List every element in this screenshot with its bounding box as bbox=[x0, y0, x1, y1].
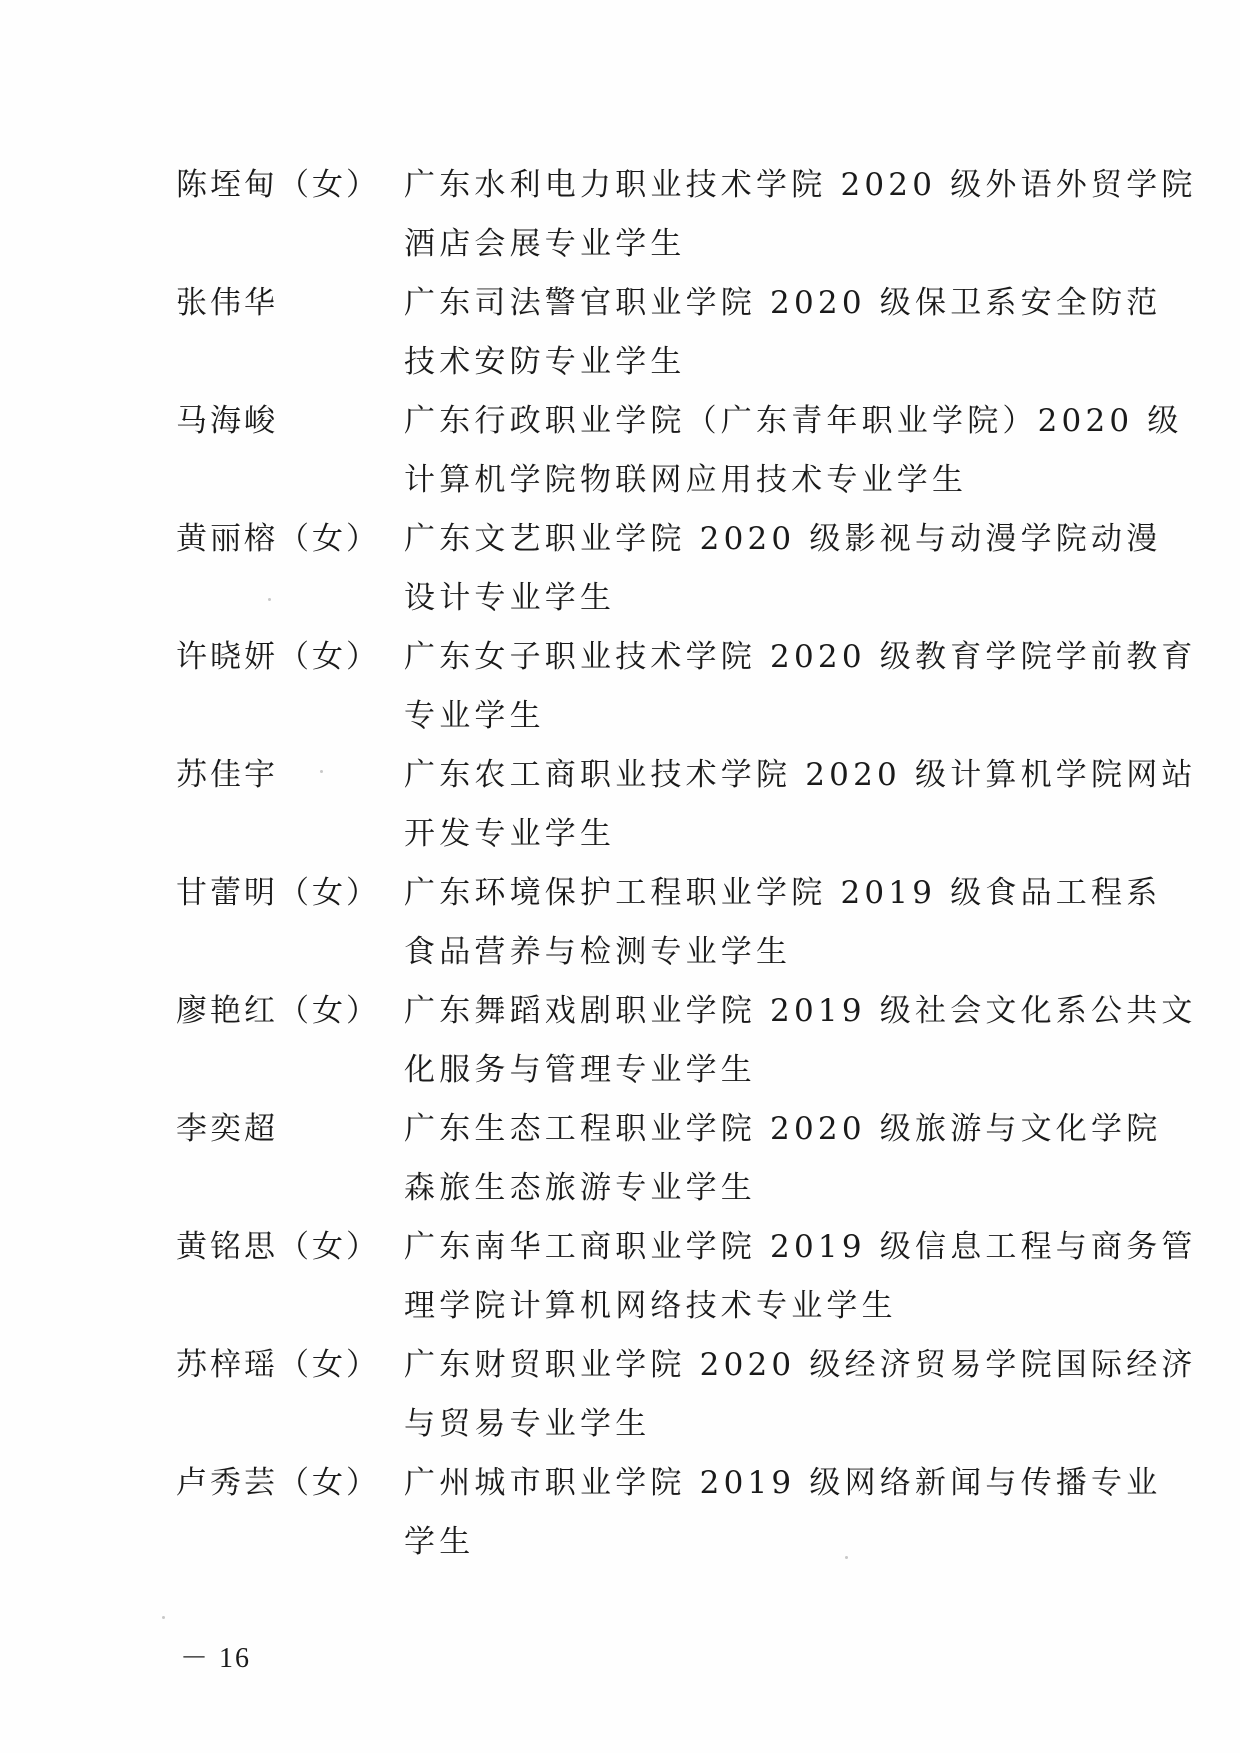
student-name: 黄丽榕（女） bbox=[176, 510, 404, 569]
student-description: 广东司法警官职业学院 2020 级保卫系安全防范 技术安防专业学生 bbox=[404, 274, 1161, 392]
list-item: 廖艳红（女） 广东舞蹈戏剧职业学院 2019 级社会文化系公共文 化服务与管理专… bbox=[176, 982, 1136, 1100]
description-line: 设计专业学生 bbox=[404, 569, 1161, 628]
description-line: 技术安防专业学生 bbox=[404, 333, 1161, 392]
list-item: 苏佳宇 广东农工商职业技术学院 2020 级计算机学院网站 开发专业学生 bbox=[176, 746, 1136, 864]
description-line: 广东司法警官职业学院 2020 级保卫系安全防范 bbox=[404, 274, 1161, 333]
list-item: 黄丽榕（女） 广东文艺职业学院 2020 级影视与动漫学院动漫 设计专业学生 bbox=[176, 510, 1136, 628]
description-line: 开发专业学生 bbox=[404, 805, 1197, 864]
description-line: 广东农工商职业技术学院 2020 级计算机学院网站 bbox=[404, 746, 1197, 805]
page-number: － 16 bbox=[180, 1636, 251, 1676]
list-item: 许晓妍（女） 广东女子职业技术学院 2020 级教育学院学前教育 专业学生 bbox=[176, 628, 1136, 746]
description-line: 广州城市职业学院 2019 级网络新闻与传播专业 bbox=[404, 1454, 1161, 1513]
description-line: 广东水利电力职业技术学院 2020 级外语外贸学院 bbox=[404, 156, 1197, 215]
description-line: 广东南华工商职业学院 2019 级信息工程与商务管 bbox=[404, 1218, 1197, 1277]
student-description: 广东水利电力职业技术学院 2020 级外语外贸学院 酒店会展专业学生 bbox=[404, 156, 1197, 274]
description-line: 广东文艺职业学院 2020 级影视与动漫学院动漫 bbox=[404, 510, 1161, 569]
description-line: 计算机学院物联网应用技术专业学生 bbox=[404, 451, 1183, 510]
description-line: 酒店会展专业学生 bbox=[404, 215, 1197, 274]
scan-speck bbox=[162, 1616, 165, 1619]
student-name: 李奕超 bbox=[176, 1100, 404, 1159]
description-line: 理学院计算机网络技术专业学生 bbox=[404, 1277, 1197, 1336]
student-description: 广东女子职业技术学院 2020 级教育学院学前教育 专业学生 bbox=[404, 628, 1197, 746]
student-description: 广东舞蹈戏剧职业学院 2019 级社会文化系公共文 化服务与管理专业学生 bbox=[404, 982, 1197, 1100]
list-item: 马海峻 广东行政职业学院（广东青年职业学院）2020 级 计算机学院物联网应用技… bbox=[176, 392, 1136, 510]
student-description: 广东农工商职业技术学院 2020 级计算机学院网站 开发专业学生 bbox=[404, 746, 1197, 864]
scan-speck bbox=[845, 1556, 848, 1559]
student-description: 广东行政职业学院（广东青年职业学院）2020 级 计算机学院物联网应用技术专业学… bbox=[404, 392, 1183, 510]
student-description: 广州城市职业学院 2019 级网络新闻与传播专业 学生 bbox=[404, 1454, 1161, 1572]
list-item: 黄铭思（女） 广东南华工商职业学院 2019 级信息工程与商务管 理学院计算机网… bbox=[176, 1218, 1136, 1336]
description-line: 化服务与管理专业学生 bbox=[404, 1041, 1197, 1100]
description-line: 广东舞蹈戏剧职业学院 2019 级社会文化系公共文 bbox=[404, 982, 1197, 1041]
description-line: 广东生态工程职业学院 2020 级旅游与文化学院 bbox=[404, 1100, 1161, 1159]
list-item: 苏梓瑶（女） 广东财贸职业学院 2020 级经济贸易学院国际经济 与贸易专业学生 bbox=[176, 1336, 1136, 1454]
list-item: 陈垤甸（女） 广东水利电力职业技术学院 2020 级外语外贸学院 酒店会展专业学… bbox=[176, 156, 1136, 274]
description-line: 食品营养与检测专业学生 bbox=[404, 923, 1161, 982]
student-description: 广东环境保护工程职业学院 2019 级食品工程系 食品营养与检测专业学生 bbox=[404, 864, 1161, 982]
scan-speck bbox=[320, 770, 323, 773]
student-name: 苏佳宇 bbox=[176, 746, 404, 805]
description-line: 与贸易专业学生 bbox=[404, 1395, 1197, 1454]
student-list: 陈垤甸（女） 广东水利电力职业技术学院 2020 级外语外贸学院 酒店会展专业学… bbox=[176, 156, 1136, 1572]
list-item: 甘蕾明（女） 广东环境保护工程职业学院 2019 级食品工程系 食品营养与检测专… bbox=[176, 864, 1136, 982]
student-name: 陈垤甸（女） bbox=[176, 156, 404, 215]
student-name: 廖艳红（女） bbox=[176, 982, 404, 1041]
student-name: 黄铭思（女） bbox=[176, 1218, 404, 1277]
list-item: 卢秀芸（女） 广州城市职业学院 2019 级网络新闻与传播专业 学生 bbox=[176, 1454, 1136, 1572]
description-line: 广东行政职业学院（广东青年职业学院）2020 级 bbox=[404, 392, 1183, 451]
student-name: 卢秀芸（女） bbox=[176, 1454, 404, 1513]
list-item: 李奕超 广东生态工程职业学院 2020 级旅游与文化学院 森旅生态旅游专业学生 bbox=[176, 1100, 1136, 1218]
scan-speck bbox=[268, 598, 271, 601]
description-line: 广东环境保护工程职业学院 2019 级食品工程系 bbox=[404, 864, 1161, 923]
student-name: 苏梓瑶（女） bbox=[176, 1336, 404, 1395]
student-description: 广东文艺职业学院 2020 级影视与动漫学院动漫 设计专业学生 bbox=[404, 510, 1161, 628]
list-item: 张伟华 广东司法警官职业学院 2020 级保卫系安全防范 技术安防专业学生 bbox=[176, 274, 1136, 392]
description-line: 学生 bbox=[404, 1513, 1161, 1572]
student-description: 广东南华工商职业学院 2019 级信息工程与商务管 理学院计算机网络技术专业学生 bbox=[404, 1218, 1197, 1336]
description-line: 森旅生态旅游专业学生 bbox=[404, 1159, 1161, 1218]
student-name: 张伟华 bbox=[176, 274, 404, 333]
document-page: 陈垤甸（女） 广东水利电力职业技术学院 2020 级外语外贸学院 酒店会展专业学… bbox=[0, 0, 1240, 1753]
student-description: 广东财贸职业学院 2020 级经济贸易学院国际经济 与贸易专业学生 bbox=[404, 1336, 1197, 1454]
student-name: 甘蕾明（女） bbox=[176, 864, 404, 923]
description-line: 广东女子职业技术学院 2020 级教育学院学前教育 bbox=[404, 628, 1197, 687]
student-name: 许晓妍（女） bbox=[176, 628, 404, 687]
student-description: 广东生态工程职业学院 2020 级旅游与文化学院 森旅生态旅游专业学生 bbox=[404, 1100, 1161, 1218]
description-line: 专业学生 bbox=[404, 687, 1197, 746]
description-line: 广东财贸职业学院 2020 级经济贸易学院国际经济 bbox=[404, 1336, 1197, 1395]
student-name: 马海峻 bbox=[176, 392, 404, 451]
